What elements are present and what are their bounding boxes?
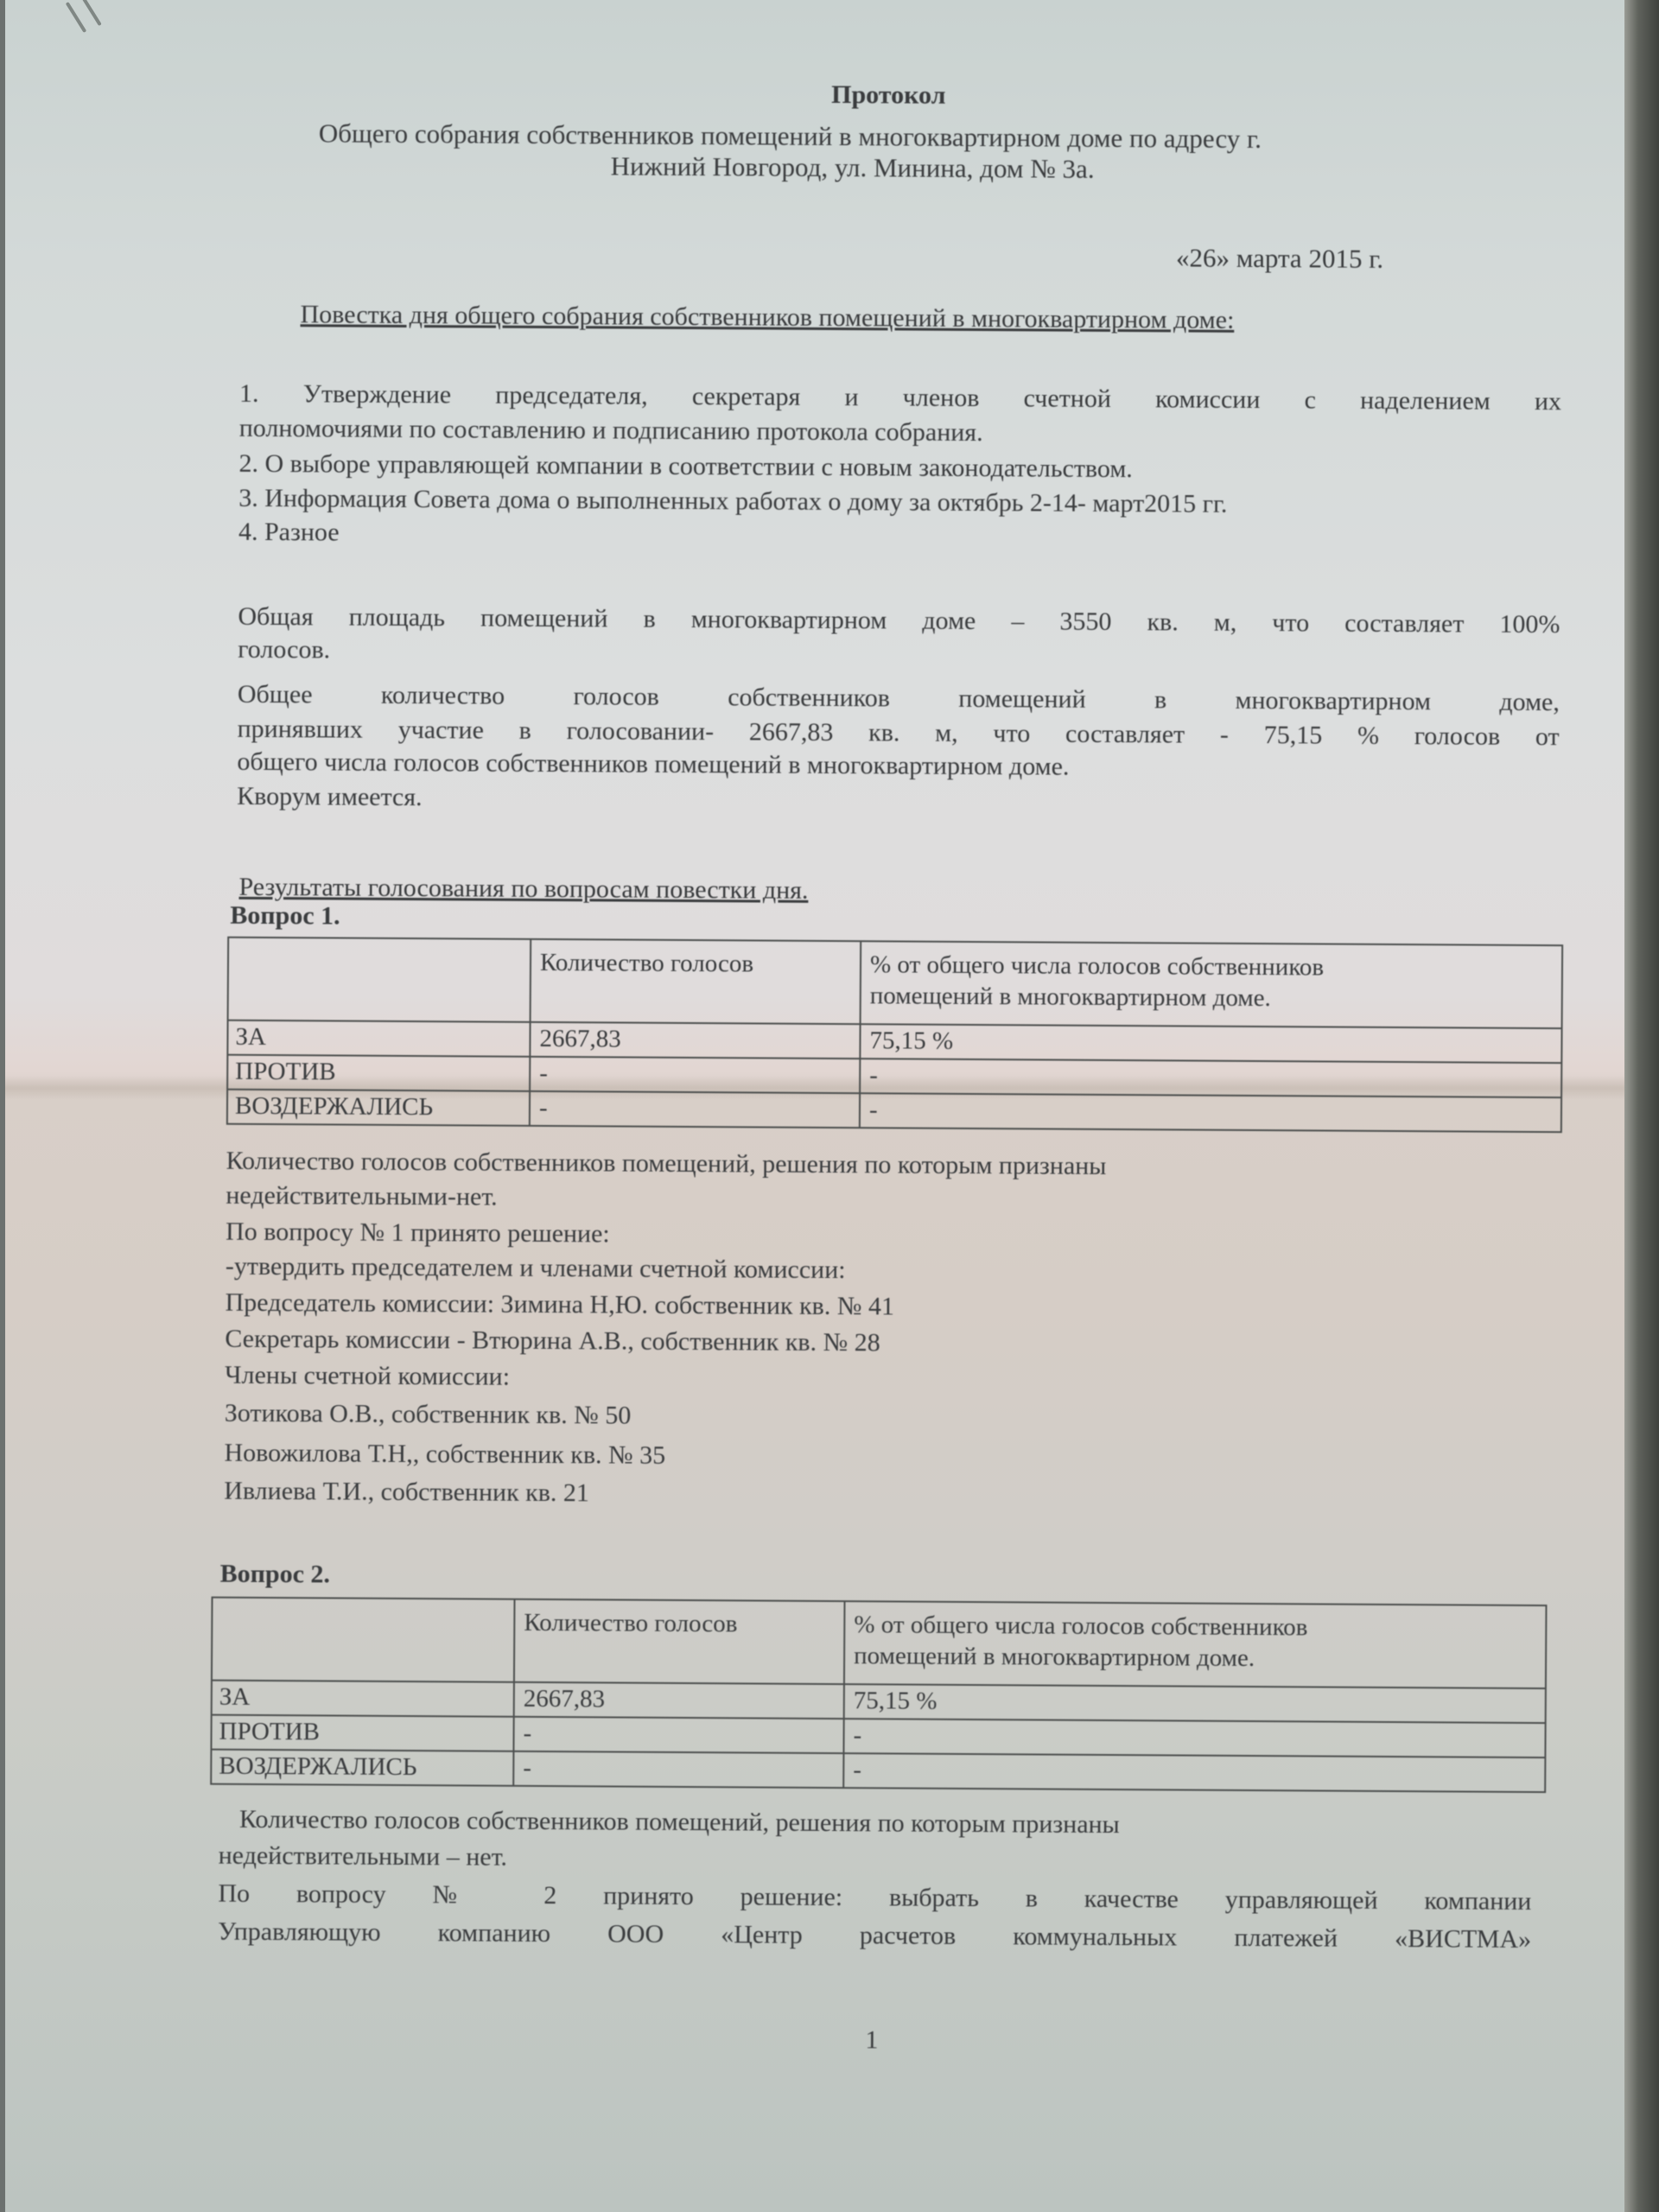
question-1-results-table: Количество голосов % от общего числа гол… — [226, 937, 1563, 1133]
quorum-text: Кворум имеется. — [237, 781, 423, 813]
vote-percent-value: - — [860, 1058, 1561, 1097]
vote-percent-value: - — [843, 1753, 1545, 1792]
table-header-percent: % от общего числа голосов собственников … — [861, 941, 1563, 1028]
vote-percent-value: - — [860, 1093, 1561, 1132]
total-area-text-cont: голосов. — [238, 634, 330, 666]
vote-option-label: ЗА — [212, 1681, 514, 1717]
table-header-cell-empty — [228, 938, 531, 1022]
participation-text-cont2: общего числа голосов собственников помещ… — [237, 747, 1069, 783]
question-2-invalid-votes-cont: недействительными – нет. — [219, 1840, 508, 1873]
vote-option-label: ВОЗДЕРЖАЛИСЬ — [227, 1090, 530, 1126]
agenda-item-1-cont: полномочиями по составлению и подписанию… — [239, 413, 983, 448]
vote-count-value: 2667,83 — [530, 1022, 860, 1058]
document-date: «26» марта 2015 г. — [1176, 242, 1383, 274]
question-1-decision-text: -утвердить председателем и членами счетн… — [226, 1251, 846, 1286]
table-header-cell-empty — [212, 1598, 515, 1682]
table-header-row: Количество голосов % от общего числа гол… — [212, 1598, 1547, 1688]
vote-option-label: ЗА — [227, 1020, 530, 1057]
commission-member: Зотикова О.В., собственник кв. № 50 — [225, 1398, 632, 1432]
vote-count-value: - — [530, 1091, 860, 1128]
vote-option-label: ПРОТИВ — [227, 1055, 530, 1091]
question-1-heading: Вопрос 1. — [230, 900, 340, 932]
vote-count-value: - — [513, 1751, 843, 1788]
document-title: Протокол — [831, 79, 946, 111]
table-header-row: Количество голосов % от общего числа гол… — [228, 938, 1563, 1028]
vote-count-value: 2667,83 — [514, 1682, 844, 1719]
vote-percent-value: 75,15 % — [844, 1684, 1546, 1723]
agenda-item-3: 3. Информация Совета дома о выполненных … — [238, 483, 1227, 520]
question-1-invalid-votes: Количество голосов собственников помещен… — [226, 1146, 1106, 1182]
table-header-vote-count: Количество голосов — [531, 939, 861, 1024]
vote-percent-value: 75,15 % — [860, 1024, 1561, 1063]
document-subtitle-line2: Нижний Новгород, ул. Минина, дом № 3а. — [611, 150, 1095, 184]
commission-secretary: Секретарь комиссии - Втюрина А.В., собст… — [225, 1324, 880, 1359]
document-page: Протокол Общего собрания собственников п… — [0, 0, 1659, 2212]
participation-text: Общее количество голосов собственников п… — [238, 679, 1560, 718]
commission-chair: Председатель комиссии: Зимина Н,Ю. собст… — [225, 1287, 894, 1323]
table-header-percent: % от общего числа голосов собственников … — [844, 1601, 1547, 1688]
vote-option-label: ПРОТИВ — [211, 1715, 513, 1751]
document-subtitle-line1: Общего собрания собственников помещений … — [319, 118, 1262, 155]
question-1-invalid-votes-cont: недействительными-нет. — [226, 1180, 498, 1213]
commission-member: Новожилова Т.Н,, собственник кв. № 35 — [224, 1438, 665, 1471]
table-header-percent-line1: % от общего числа голосов собственников — [870, 949, 1553, 984]
question-2-decision-cont: Управляющую компанию ООО «Центр расчетов… — [218, 1916, 1531, 1955]
vote-count-value: - — [530, 1057, 860, 1093]
question-2-heading: Вопрос 2. — [220, 1559, 331, 1591]
vote-count-value: - — [513, 1717, 843, 1753]
question-2-invalid-votes: Количество голосов собственников помещен… — [239, 1804, 1120, 1840]
total-area-text: Общая площадь помещений в многоквартирно… — [238, 601, 1560, 640]
question-1-decision: По вопросу № 1 принято решение: — [226, 1217, 610, 1250]
commission-members-heading: Члены счетной комиссии: — [225, 1360, 510, 1393]
vote-option-label: ВОЗДЕРЖАЛИСЬ — [211, 1750, 513, 1786]
question-2-decision: По вопросу № 2 принято решение: выбрать … — [218, 1878, 1531, 1917]
page-number: 1 — [865, 2024, 878, 2056]
agenda-item-2: 2. О выборе управляющей компании в соотв… — [238, 448, 1132, 485]
question-2-results-table: Количество голосов % от общего числа гол… — [210, 1597, 1547, 1793]
table-row: ВОЗДЕРЖАЛИСЬ - - — [211, 1750, 1545, 1792]
table-header-percent-line1: % от общего числа голосов собственников — [854, 1609, 1536, 1644]
commission-member: Ивлиева Т.И., собственник кв. 21 — [224, 1476, 589, 1510]
agenda-heading: Повестка дня общего собрания собственник… — [300, 299, 1234, 336]
table-header-percent-line2: помещений в многоквартирном доме. — [870, 980, 1553, 1015]
table-row: ВОЗДЕРЖАЛИСЬ - - — [227, 1090, 1561, 1132]
agenda-item-1: 1. Утверждение председателя, секретаря и… — [239, 378, 1561, 417]
table-header-percent-line2: помещений в многоквартирном доме. — [854, 1640, 1536, 1675]
vote-percent-value: - — [843, 1719, 1545, 1758]
agenda-item-4: 4. Разное — [238, 517, 340, 549]
table-header-vote-count: Количество голосов — [514, 1599, 845, 1684]
